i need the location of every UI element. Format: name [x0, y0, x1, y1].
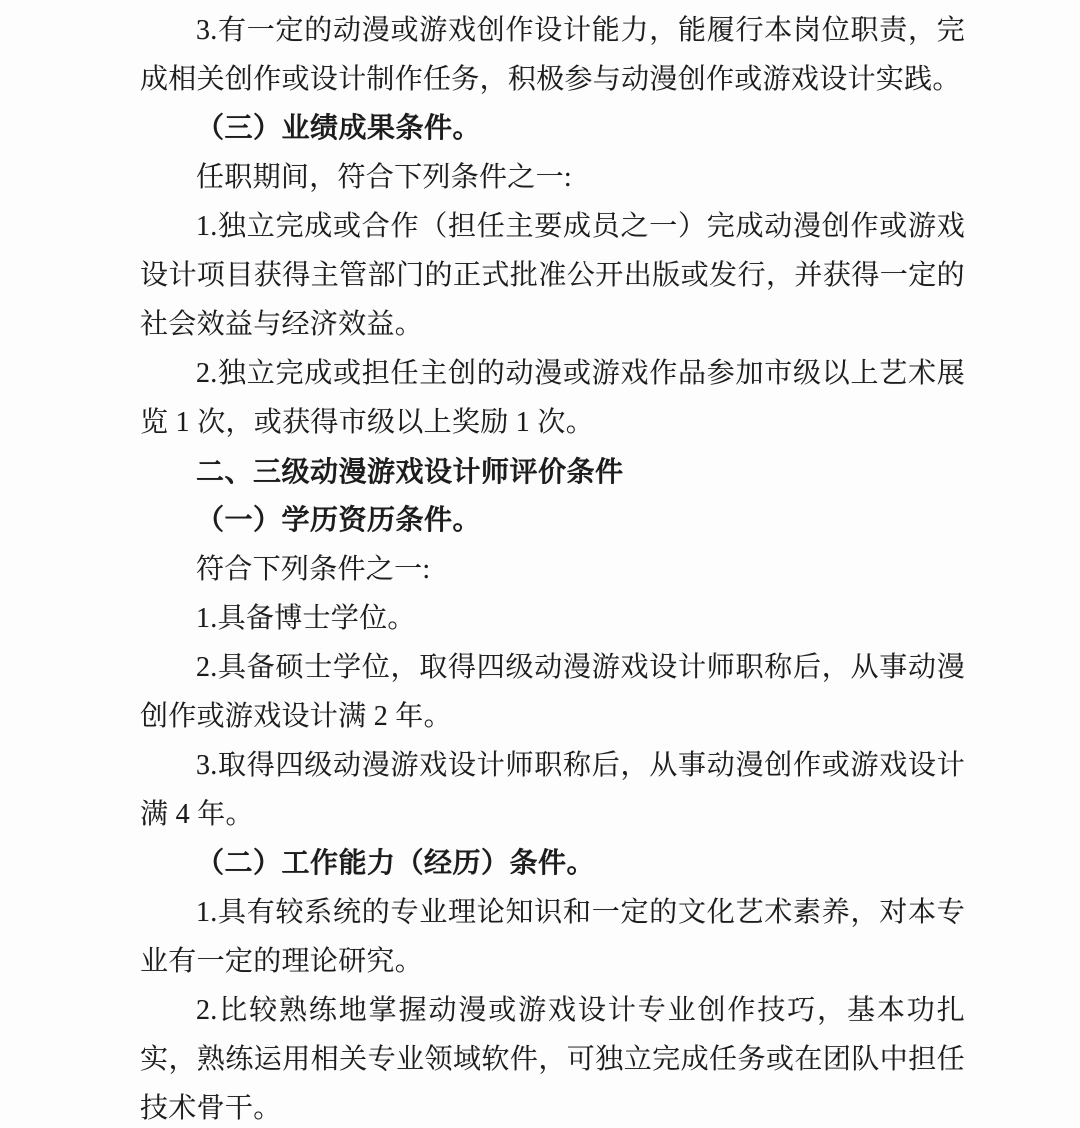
- section-heading-education: （一）学历资历条件。: [140, 496, 965, 545]
- paragraph-achievement-2: 2.独立完成或担任主创的动漫或游戏作品参加市级以上艺术展览 1 次，或获得市级以…: [140, 349, 965, 447]
- section-heading-work-ability: （二）工作能力（经历）条件。: [140, 839, 965, 888]
- section-heading-achievements: （三）业绩成果条件。: [140, 104, 965, 153]
- paragraph-tenure-intro: 任职期间，符合下列条件之一:: [140, 153, 965, 202]
- paragraph-education-1: 1.具备博士学位。: [140, 594, 965, 643]
- paragraph-education-2: 2.具备硕士学位，取得四级动漫游戏设计师职称后，从事动漫创作或游戏设计满 2 年…: [140, 643, 965, 741]
- paragraph-work-ability-2: 2.比较熟练地掌握动漫或游戏设计专业创作技巧，基本功扎实，熟练运用相关专业领域软…: [140, 986, 965, 1128]
- chapter-heading-level3-designer: 二、三级动漫游戏设计师评价条件: [140, 447, 965, 496]
- document-page: 3.有一定的动漫或游戏创作设计能力，能履行本岗位职责，完成相关创作或设计制作任务…: [0, 0, 1080, 1128]
- paragraph-achievement-1: 1.独立完成或合作（担任主要成员之一）完成动漫创作或游戏设计项目获得主管部门的正…: [140, 202, 965, 349]
- paragraph-clause-3-ability: 3.有一定的动漫或游戏创作设计能力，能履行本岗位职责，完成相关创作或设计制作任务…: [140, 6, 965, 104]
- paragraph-education-intro: 符合下列条件之一:: [140, 545, 965, 594]
- paragraph-education-3: 3.取得四级动漫游戏设计师职称后，从事动漫创作或游戏设计满 4 年。: [140, 741, 965, 839]
- paragraph-work-ability-1: 1.具有较系统的专业理论知识和一定的文化艺术素养，对本专业有一定的理论研究。: [140, 888, 965, 986]
